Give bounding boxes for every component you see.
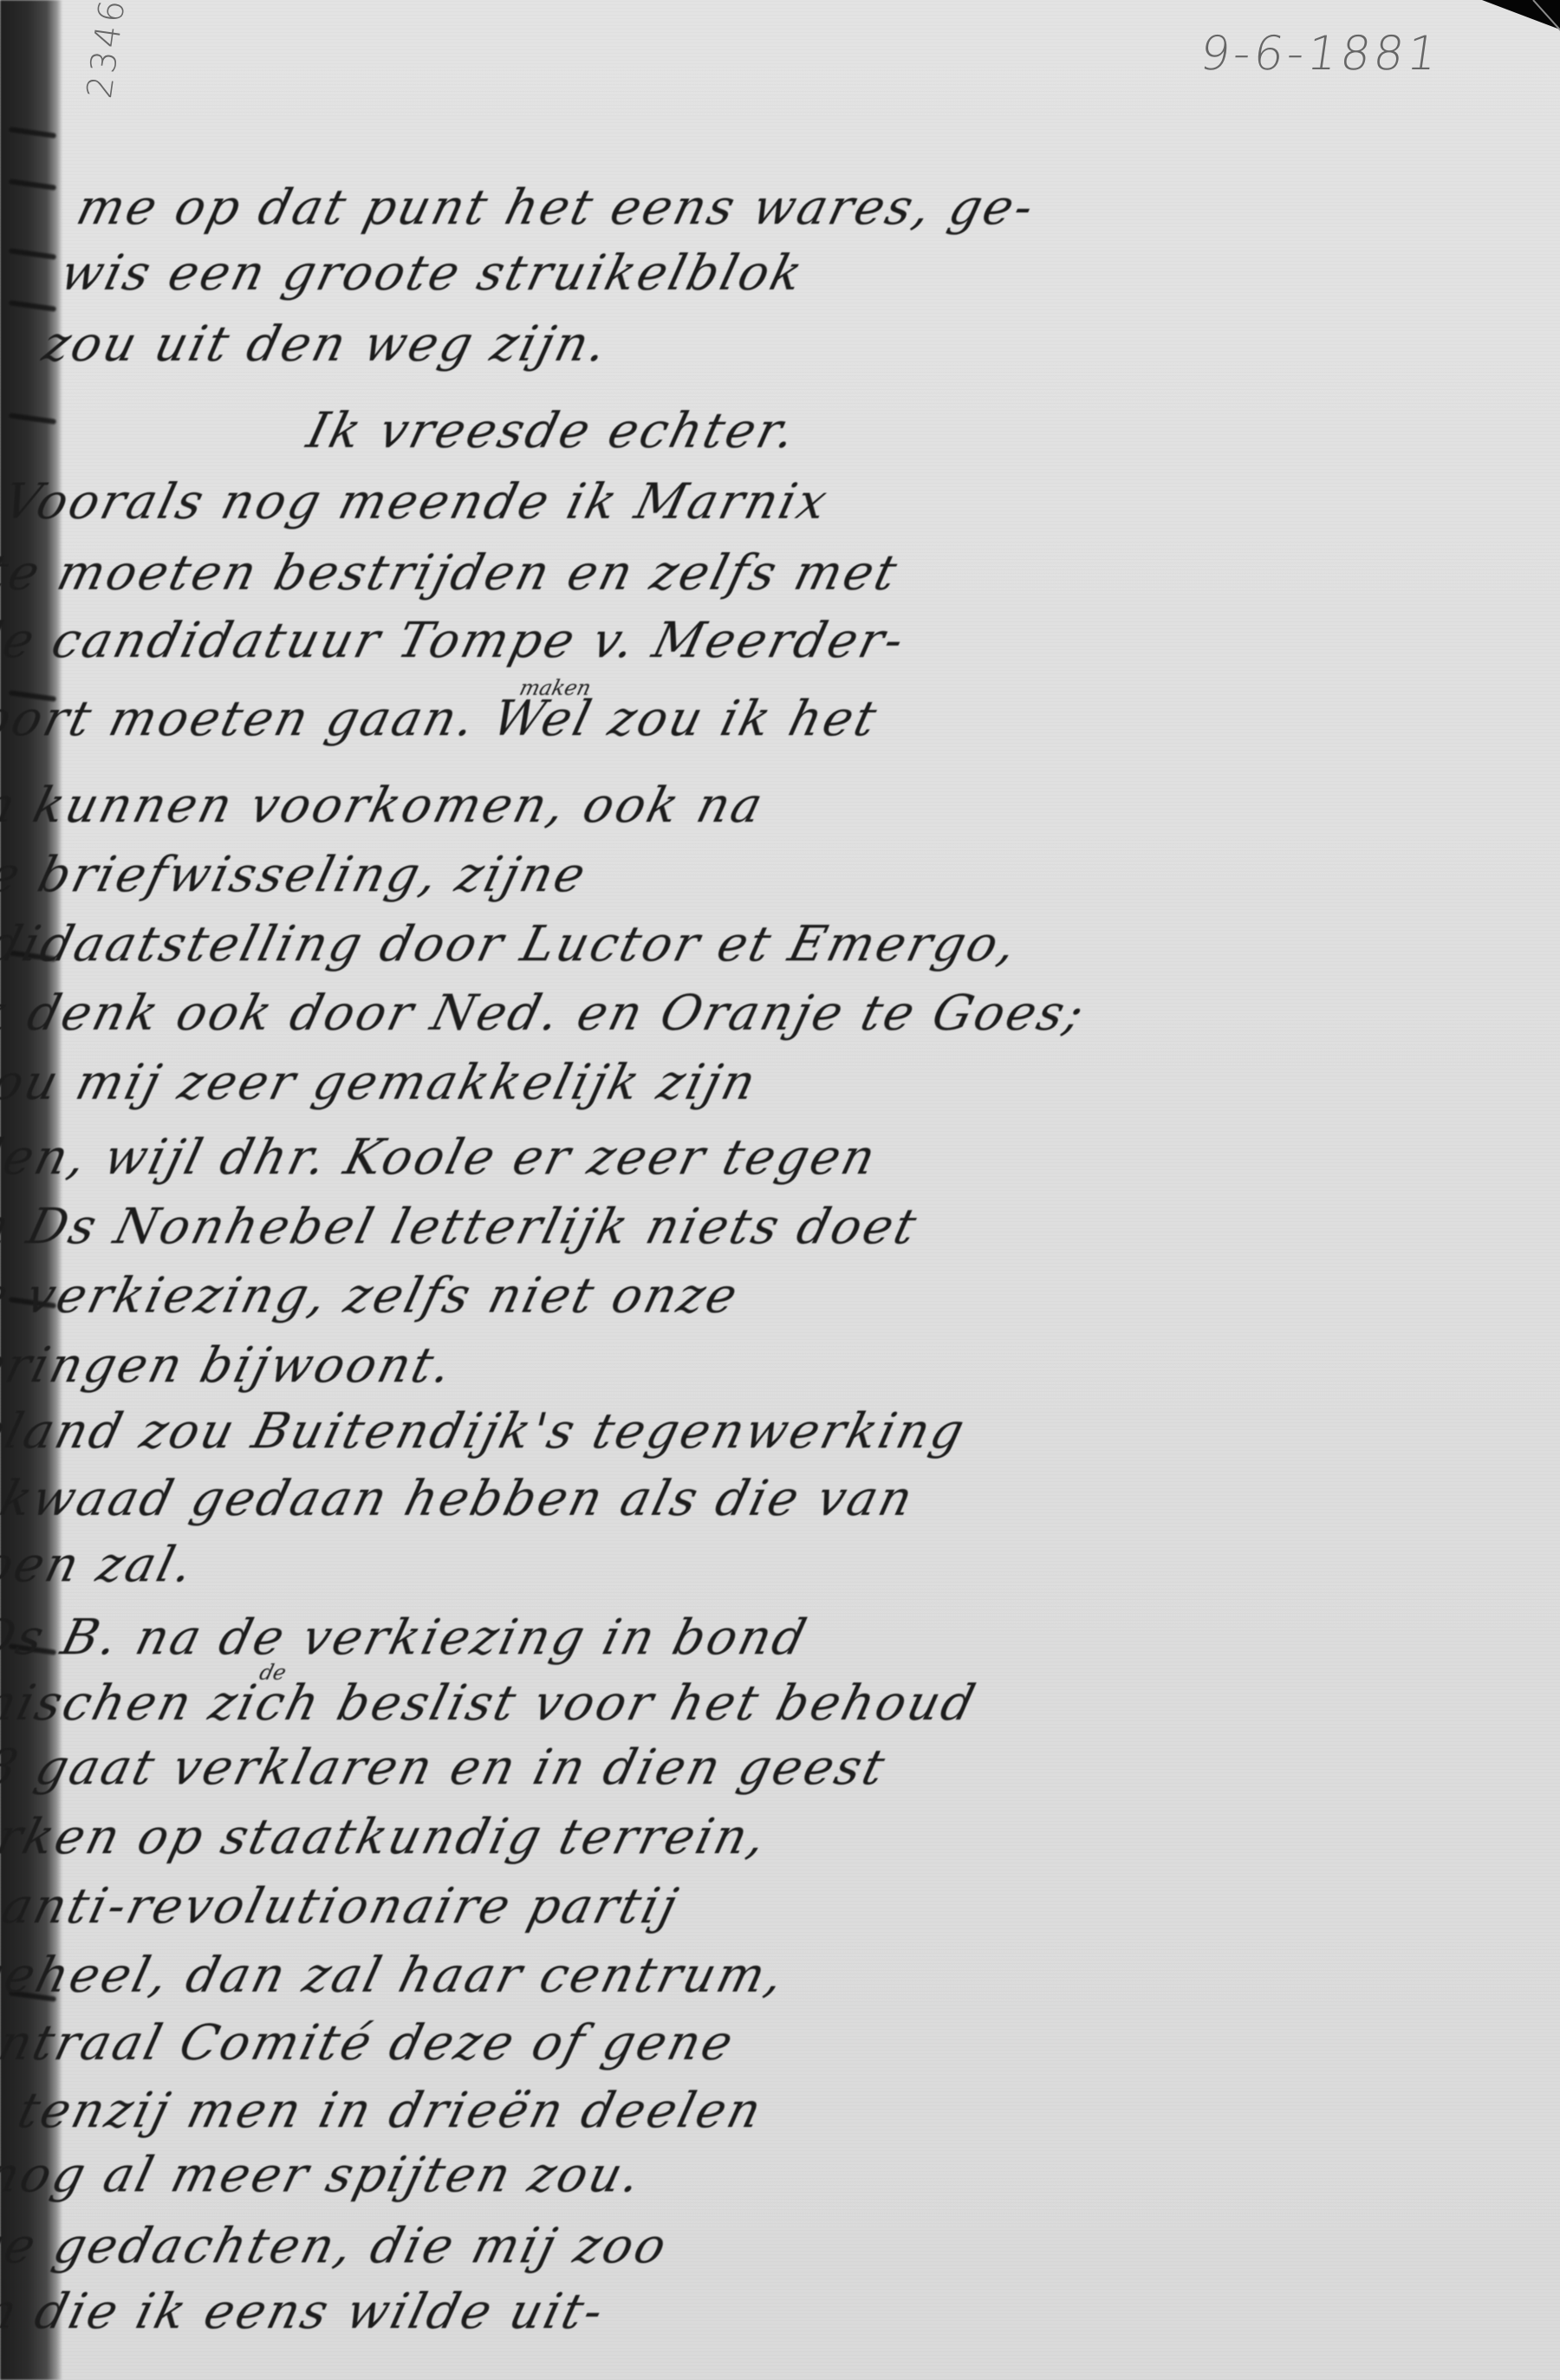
letter-date: 9-6-1881 xyxy=(1197,26,1445,81)
text-line: de candidatuur Tompe v. Meerder- xyxy=(0,607,913,676)
text-line: candidaatstelling door Luctor et Emergo, xyxy=(0,910,1026,979)
text-line: bezig hielden, en die ik eens wilde uit- xyxy=(0,2278,613,2347)
text-line: wis een groote struikelblok xyxy=(53,239,811,309)
binding-stitch xyxy=(9,248,56,260)
text-line: voort moeten gaan. Wel zou ik het xyxy=(0,685,886,754)
text-line: Ik vreesde echter. xyxy=(14,397,805,466)
scanned-letter-page: 2346 9-6-1881 me op dat punt het eens wa… xyxy=(0,0,1560,2380)
text-line: van art. 168 gaat verklaren en in dien g… xyxy=(0,1733,894,1803)
interlinear-insertion: maken xyxy=(517,676,594,700)
text-line: ook gaat werken op staatkundig terrein, xyxy=(0,1803,776,1872)
text-line: vergaderingen bijwoont. xyxy=(0,1331,461,1401)
text-line: was en Ds Nonhebel letterlijk niets doet xyxy=(0,1193,926,1262)
text-line: met de ironischen zich beslist voor het … xyxy=(0,1669,985,1739)
text-line: evenmin kwaad gedaan hebben als die van xyxy=(0,1465,922,1534)
text-line: In Zeeland zou Buitendijk's tegenwerking xyxy=(0,1397,973,1466)
text-line: gevallen, wijl dhr. Koole er zeer tegen xyxy=(0,1123,885,1193)
text-line: ten kunnen voorkomen, ook na xyxy=(0,771,772,841)
text-line: Marnix doen zal. xyxy=(0,1531,203,1600)
binding-stitch xyxy=(9,300,56,312)
text-line: me op dat punt het eens wares, ge- xyxy=(69,173,1043,243)
text-line: dan blijft de anti-revolutionaire partij xyxy=(0,1872,686,1941)
text-line: uwe briefwisseling, zijne xyxy=(0,841,595,910)
binding-stitch xyxy=(9,179,56,191)
text-line: wilde, wat mij nog al meer spijten zou. xyxy=(0,2141,650,2210)
text-line: voor de verkiezing, zelfs niet onze xyxy=(0,1262,747,1331)
text-line: zou uit den weg zijn. xyxy=(36,310,617,380)
text-line: dat zou mij zeer gemakkelijk zijn xyxy=(0,1049,765,1118)
binding-stitch xyxy=(9,127,56,139)
text-line: en ik denk ook door Ned. en Oranje te Go… xyxy=(0,979,1093,1049)
text-line: te moeten bestrijden en zelfs met xyxy=(0,539,907,608)
text-line: Wanneer Ds B. na de verkiezing in bond xyxy=(0,1603,816,1673)
archive-page-number: 2346 xyxy=(80,0,133,101)
text-line: dan zal het centraal Comité deze of gene xyxy=(0,2009,742,2078)
text-line: Voorals nog meende ik Marnix xyxy=(0,468,836,537)
text-line: Ziedaar eenige gedachten, die mij zoo xyxy=(0,2212,676,2281)
text-line: weg uitmaken; tenzij men in drieën deele… xyxy=(0,2077,770,2146)
text-line: niet in haar geheel, dan zal haar centru… xyxy=(0,1941,793,2011)
